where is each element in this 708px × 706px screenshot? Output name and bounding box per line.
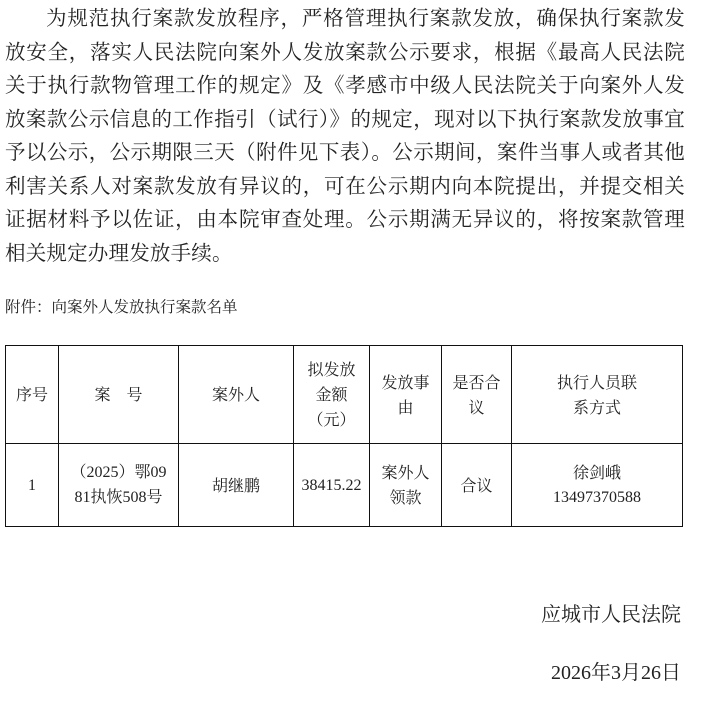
cell-index: 1 [6,444,59,527]
header-reason: 发放事由 [370,346,442,444]
officer-phone: 13497370588 [518,485,676,510]
header-case-no: 案 号 [59,346,179,444]
notice-body-paragraph: 为规范执行案款发放程序，严格管理执行案款发放，确保执行案款发放安全，落实人民法院… [5,2,685,270]
cell-contact: 徐剑峨 13497370588 [512,444,683,527]
table-row: 1 （2025）鄂0981执恢508号 胡继鹏 38415.22 案外人领款 合… [6,444,683,527]
cell-amount: 38415.22 [294,444,370,527]
attachment-label: 附件：向案外人发放执行案款名单 [5,296,238,318]
disbursement-table: 序号 案 号 案外人 拟发放金额（元） 发放事由 是否合议 执行人员联系方式 1… [5,345,683,527]
cell-agreed: 合议 [442,444,512,527]
header-contact-label: 执行人员联系方式 [557,373,637,417]
court-signature: 应城市人民法院 [541,598,681,627]
cell-reason: 案外人领款 [370,444,442,527]
header-payee: 案外人 [179,346,294,444]
cell-payee: 胡继鹏 [179,444,294,527]
cell-case-no: （2025）鄂0981执恢508号 [59,444,179,527]
table-header-row: 序号 案 号 案外人 拟发放金额（元） 发放事由 是否合议 执行人员联系方式 [6,346,683,444]
notice-date: 2026年3月26日 [551,656,681,685]
header-index: 序号 [6,346,59,444]
header-contact: 执行人员联系方式 [512,346,683,444]
header-agreed: 是否合议 [442,346,512,444]
officer-name: 徐剑峨 [518,460,676,485]
header-amount: 拟发放金额（元） [294,346,370,444]
